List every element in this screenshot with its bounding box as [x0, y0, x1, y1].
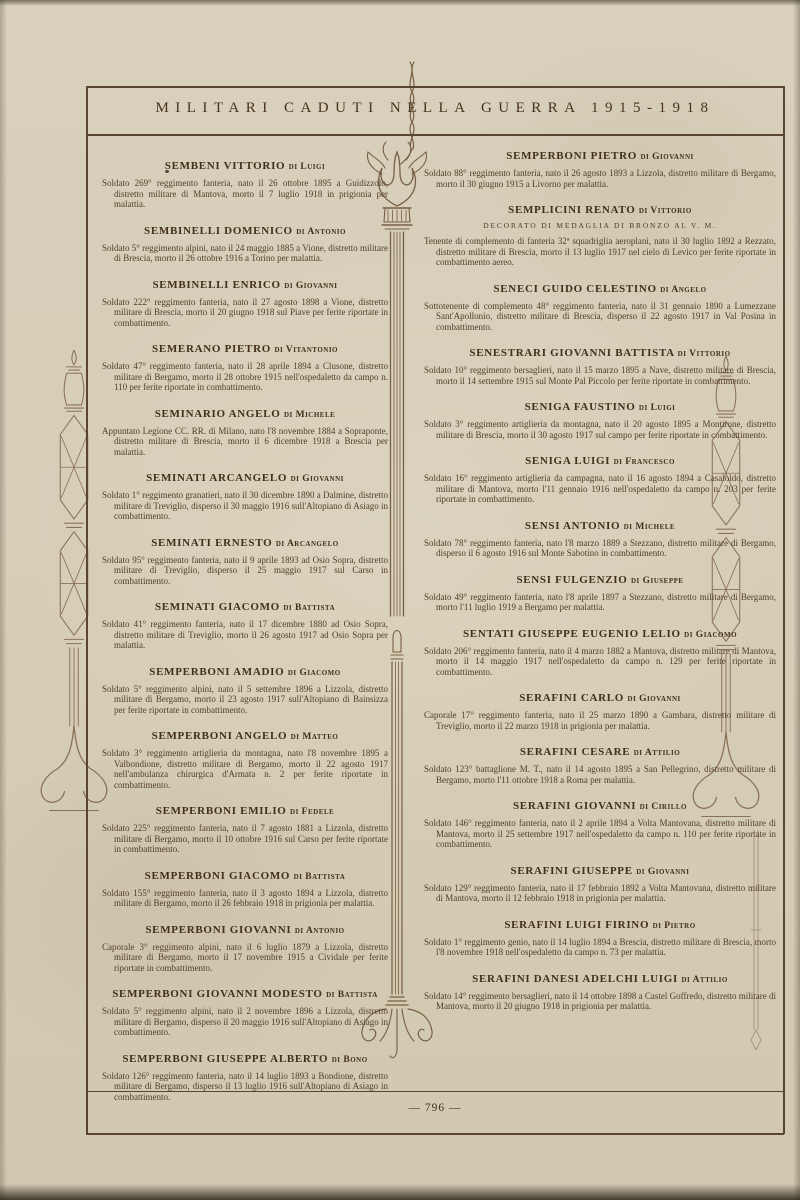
soldier-father-name: di Vittorio — [639, 206, 692, 216]
soldier-name-heading: SENSI FULGENZIO di Giuseppe — [424, 574, 776, 586]
soldier-record: Tenente di complemento di fanteria 32ª s… — [424, 236, 776, 268]
soldier-entry: SEMBINELLI ENRICO di GiovanniSoldato 222… — [102, 279, 388, 329]
soldier-name-heading: SERAFINI LUIGI FIRINO di Pietro — [424, 919, 776, 931]
scan-edge-bottom — [0, 1184, 800, 1200]
soldier-name: SEMINATI ERNESTO — [151, 537, 272, 549]
soldier-father-name: di Giacomo — [288, 668, 341, 678]
soldier-name-heading: SEMPERBONI AMADIO di Giacomo — [102, 666, 388, 678]
soldier-name-heading: SEMPERBONI GIOVANNI di Antonio — [102, 924, 388, 936]
soldier-entry: SENSI ANTONIO di MicheleSoldato 78° regg… — [424, 520, 776, 559]
soldier-entry: SEMPERBONI GIOVANNI di AntonioCaporale 3… — [102, 924, 388, 974]
soldier-father-name: di Francesco — [614, 457, 675, 467]
soldier-name: SEMINATI ARCANGELO — [146, 472, 287, 484]
soldier-name: SEMPERBONI EMILIO — [156, 805, 287, 817]
soldier-entry: SEMPERBONI AMADIO di GiacomoSoldato 5° r… — [102, 666, 388, 716]
soldier-name-heading: SEMPERBONI GIUSEPPE ALBERTO di Bono — [102, 1053, 388, 1065]
soldier-name-heading: SENTATI GIUSEPPE EUGENIO LELIO di Giacom… — [424, 628, 776, 640]
soldier-name: SERAFINI LUIGI FIRINO — [504, 919, 649, 931]
soldier-name-heading: SEMINARIO ANGELO di Michele — [102, 408, 388, 420]
soldier-entry: SERAFINI GIUSEPPE di GiovanniSoldato 129… — [424, 865, 776, 904]
soldier-father-name: di Battista — [326, 990, 378, 1000]
soldier-father-name: di Angelo — [660, 285, 706, 295]
scan-edge-top — [0, 0, 800, 6]
soldier-name-heading: SEMPERBONI GIACOMO di Battista — [102, 870, 388, 882]
soldier-record: Soldato 146° reggimento fanteria, nato i… — [424, 818, 776, 850]
soldier-entry: SERAFINI LUIGI FIRINO di PietroSoldato 1… — [424, 919, 776, 958]
soldier-father-name: di Michele — [284, 410, 335, 420]
soldier-entry: SEMPERBONI GIUSEPPE ALBERTO di BonoSolda… — [102, 1053, 388, 1103]
soldier-name: SEMBINELLI ENRICO — [152, 279, 280, 291]
soldier-name-heading: SEMPERBONI ANGELO di Matteo — [102, 730, 388, 742]
soldier-name-heading: SEMPLICINI RENATO di Vittorio — [424, 204, 776, 216]
soldier-name-heading: SEMERANO PIETRO di Vitantonio — [102, 343, 388, 355]
soldier-name: SEMPERBONI PIETRO — [506, 150, 637, 162]
soldier-father-name: di Antonio — [295, 926, 345, 936]
soldier-name: SEMPERBONI GIACOMO — [145, 870, 291, 882]
soldier-name: SENSI ANTONIO — [525, 520, 620, 532]
soldier-name: SEMBENI VITTORIO — [165, 160, 286, 172]
soldier-name: SEMPERBONI GIOVANNI — [145, 924, 291, 936]
soldier-entry: SEMERANO PIETRO di VitantonioSoldato 47°… — [102, 343, 388, 393]
soldier-record: Soldato 5° reggimento alpini, nato il 2 … — [102, 1006, 388, 1038]
soldier-name: SEMBINELLI DOMENICO — [144, 225, 293, 237]
soldier-name: SENSI FULGENZIO — [516, 574, 627, 586]
soldier-father-name: di Luigi — [289, 162, 325, 172]
soldier-entry: SERAFINI GIOVANNI di CirilloSoldato 146°… — [424, 800, 776, 850]
soldier-name-heading: SENIGA LUIGI di Francesco — [424, 455, 776, 467]
soldier-name-heading: SERAFINI CARLO di Giovanni — [424, 692, 776, 704]
soldier-father-name: di Antonio — [296, 227, 346, 237]
soldier-entry: SEMPERBONI GIACOMO di BattistaSoldato 15… — [102, 870, 388, 909]
scan-edge-right — [793, 0, 800, 1200]
soldier-father-name: di Bono — [332, 1055, 368, 1065]
soldier-record: Soldato 1° reggimento genio, nato il 14 … — [424, 937, 776, 958]
soldier-record: Soldato 269° reggimento fanteria, nato i… — [102, 178, 388, 210]
soldier-father-name: di Cirillo — [640, 802, 687, 812]
left-column: SEMBENI VITTORIO di LuigiSoldato 269° re… — [102, 160, 388, 1117]
soldier-father-name: di Giovanni — [636, 867, 689, 877]
frame-top-rule — [86, 86, 784, 88]
soldier-record: Soldato 3° reggimento artiglieria da mon… — [424, 419, 776, 440]
soldier-entry: SEMINARIO ANGELO di MicheleAppuntato Leg… — [102, 408, 388, 458]
soldier-record: Soldato 14° reggimento bersaglieri, nato… — [424, 991, 776, 1012]
frame-left-rule — [86, 86, 88, 1134]
soldier-name: SENTATI GIUSEPPE EUGENIO LELIO — [463, 628, 681, 640]
soldier-name: SERAFINI DANESI ADELCHI LUIGI — [472, 973, 678, 985]
soldier-record: Soldato 88° reggimento fanteria, nato il… — [424, 168, 776, 189]
soldier-record: Soldato 126° reggimento fanteria, nato i… — [102, 1071, 388, 1103]
scanned-book-page: MILITARI CADUTI NELLA GUERRA 1915-1918 S… — [0, 0, 800, 1200]
soldier-name-heading: SEMPERBONI EMILIO di Fedele — [102, 805, 388, 817]
soldier-entry: SERAFINI DANESI ADELCHI LUIGI di Attilio… — [424, 973, 776, 1012]
soldier-record: Soldato 123° battaglione M. T., nato il … — [424, 764, 776, 785]
soldier-father-name: di Pietro — [653, 921, 696, 931]
soldier-record: Soldato 206° reggimento fanteria, nato i… — [424, 646, 776, 678]
soldier-father-name: di Giacomo — [684, 630, 737, 640]
soldier-name-heading: SEMBENI VITTORIO di Luigi — [102, 160, 388, 172]
soldier-name: SEMERANO PIETRO — [152, 343, 271, 355]
soldier-record: Soldato 5° reggimento alpini, nato il 24… — [102, 243, 388, 264]
soldier-name-heading: SENIGA FAUSTINO di Luigi — [424, 401, 776, 413]
soldier-name-heading: SEMPERBONI PIETRO di Giovanni — [424, 150, 776, 162]
soldier-record: Appuntato Legione CC. RR. di Milano, nat… — [102, 426, 388, 458]
soldier-entry: SEMBINELLI DOMENICO di AntonioSoldato 5°… — [102, 225, 388, 264]
soldier-father-name: di Vittorio — [678, 349, 731, 359]
soldier-record: Soldato 3° reggimento artiglieria da mon… — [102, 748, 388, 790]
soldier-father-name: di Battista — [283, 603, 335, 613]
soldier-record: Caporale 3° reggimento alpini, nato il 6… — [102, 942, 388, 974]
soldier-record: Soldato 16° reggimento artiglieria da ca… — [424, 473, 776, 505]
soldier-name-heading: SEMINATI ERNESTO di Arcangelo — [102, 537, 388, 549]
soldier-name: SERAFINI CARLO — [519, 692, 624, 704]
soldier-entry: SEMPLICINI RENATO di VittorioDECORATO DI… — [424, 204, 776, 268]
soldier-father-name: di Battista — [294, 872, 346, 882]
soldier-name: SEMPERBONI ANGELO — [152, 730, 288, 742]
soldier-entry: SERAFINI CESARE di AttilioSoldato 123° b… — [424, 746, 776, 785]
soldier-father-name: di Giovanni — [291, 474, 344, 484]
soldier-record: Caporale 17° reggimento fanteria, nato i… — [424, 710, 776, 731]
soldier-name-heading: SENECI GUIDO CELESTINO di Angelo — [424, 283, 776, 295]
soldier-name: SERAFINI GIOVANNI — [513, 800, 636, 812]
soldier-father-name: di Attilio — [681, 975, 727, 985]
soldier-name-heading: SEMINATI ARCANGELO di Giovanni — [102, 472, 388, 484]
soldier-entry: SEMPERBONI GIOVANNI MODESTO di BattistaS… — [102, 988, 388, 1038]
soldier-name: SENIGA LUIGI — [525, 455, 610, 467]
soldier-name-heading: SEMBINELLI ENRICO di Giovanni — [102, 279, 388, 291]
decoration-note: DECORATO DI MEDAGLIA DI BRONZO AL V. M. — [424, 221, 776, 230]
page-title: MILITARI CADUTI NELLA GUERRA 1915-1918 — [86, 100, 784, 117]
soldier-record: Soldato 41° reggimento fanteria, nato il… — [102, 619, 388, 651]
soldier-father-name: di Vitantonio — [274, 345, 338, 355]
soldier-entry: SEMBENI VITTORIO di LuigiSoldato 269° re… — [102, 160, 388, 210]
soldier-entry: SEMINATI GIACOMO di BattistaSoldato 41° … — [102, 601, 388, 651]
soldier-record: Soldato 78° reggimento fanteria, nato l'… — [424, 538, 776, 559]
soldier-entry: SEMPERBONI PIETRO di GiovanniSoldato 88°… — [424, 150, 776, 189]
soldier-name-heading: SERAFINI DANESI ADELCHI LUIGI di Attilio — [424, 973, 776, 985]
soldier-name: SERAFINI CESARE — [520, 746, 630, 758]
soldier-record: Soldato 222° reggimento fanteria, nato i… — [102, 297, 388, 329]
soldier-father-name: di Matteo — [291, 732, 339, 742]
soldier-entry: SEMINATI ERNESTO di ArcangeloSoldato 95°… — [102, 537, 388, 587]
soldier-father-name: di Fedele — [290, 807, 334, 817]
soldier-father-name: di Giovanni — [640, 152, 693, 162]
soldier-entry: SENIGA LUIGI di FrancescoSoldato 16° reg… — [424, 455, 776, 505]
soldier-name: SENECI GUIDO CELESTINO — [493, 283, 656, 295]
title-underline-rule — [86, 134, 784, 136]
soldier-record: Soldato 10° reggimento bersaglieri, nato… — [424, 365, 776, 386]
soldier-name: SENIGA FAUSTINO — [525, 401, 636, 413]
soldier-name-heading: SEMBINELLI DOMENICO di Antonio — [102, 225, 388, 237]
soldier-entry: SENSI FULGENZIO di GiuseppeSoldato 49° r… — [424, 574, 776, 613]
soldier-name-heading: SERAFINI GIOVANNI di Cirillo — [424, 800, 776, 812]
soldier-father-name: di Michele — [624, 522, 675, 532]
soldier-entry: SEMPERBONI ANGELO di MatteoSoldato 3° re… — [102, 730, 388, 790]
soldier-father-name: di Giovanni — [628, 694, 681, 704]
soldier-name: SEMPLICINI RENATO — [508, 204, 635, 216]
soldier-father-name: di Giuseppe — [631, 576, 684, 586]
page-number: — 796 — — [86, 1102, 784, 1114]
soldier-name: SEMINARIO ANGELO — [155, 408, 281, 420]
soldier-name-heading: SERAFINI GIUSEPPE di Giovanni — [424, 865, 776, 877]
soldier-record: Sottotenente di complemento 48° reggimen… — [424, 301, 776, 333]
soldier-name-heading: SERAFINI CESARE di Attilio — [424, 746, 776, 758]
soldier-entry: SENTATI GIUSEPPE EUGENIO LELIO di Giacom… — [424, 628, 776, 678]
soldier-name: SEMPERBONI GIOVANNI MODESTO — [112, 988, 322, 1000]
soldier-record: Soldato 129° reggimento fanteria, nato i… — [424, 883, 776, 904]
soldier-father-name: di Arcangelo — [276, 539, 339, 549]
soldier-father-name: di Luigi — [639, 403, 675, 413]
soldier-name: SEMPERBONI AMADIO — [149, 666, 284, 678]
soldier-father-name: di Attilio — [634, 748, 680, 758]
soldier-record: Soldato 5° reggimento alpini, nato il 5 … — [102, 684, 388, 716]
soldier-name: SERAFINI GIUSEPPE — [511, 865, 633, 877]
soldier-entry: SENESTRARI GIOVANNI BATTISTA di Vittorio… — [424, 347, 776, 386]
soldier-entry: SEMINATI ARCANGELO di GiovanniSoldato 1°… — [102, 472, 388, 522]
right-column: SEMPERBONI PIETRO di GiovanniSoldato 88°… — [424, 150, 776, 1027]
scan-edge-left — [0, 0, 7, 1200]
soldier-entry: SENECI GUIDO CELESTINO di AngeloSottoten… — [424, 283, 776, 333]
soldier-father-name: di Giovanni — [284, 281, 337, 291]
soldier-name-heading: SENESTRARI GIOVANNI BATTISTA di Vittorio — [424, 347, 776, 359]
soldier-name: SEMINATI GIACOMO — [155, 601, 280, 613]
soldier-record: Soldato 1° reggimento granatieri, nato i… — [102, 490, 388, 522]
soldier-record: Soldato 225° reggimento fanteria, nato i… — [102, 823, 388, 855]
soldier-record: Soldato 49° reggimento fanteria, nato l'… — [424, 592, 776, 613]
soldier-record: Soldato 95° reggimento fanteria, nato il… — [102, 555, 388, 587]
soldier-name-heading: SEMINATI GIACOMO di Battista — [102, 601, 388, 613]
soldier-record: Soldato 155° reggimento fanteria, nato i… — [102, 888, 388, 909]
frame-bottom-rule — [86, 1133, 784, 1135]
soldier-name: SEMPERBONI GIUSEPPE ALBERTO — [122, 1053, 328, 1065]
soldier-name-heading: SEMPERBONI GIOVANNI MODESTO di Battista — [102, 988, 388, 1000]
soldier-entry: SENIGA FAUSTINO di LuigiSoldato 3° reggi… — [424, 401, 776, 440]
soldier-record: Soldato 47° reggimento fanteria, nato il… — [102, 361, 388, 393]
soldier-name-heading: SENSI ANTONIO di Michele — [424, 520, 776, 532]
soldier-entry: SEMPERBONI EMILIO di FedeleSoldato 225° … — [102, 805, 388, 855]
ink-spot — [165, 170, 169, 173]
frame-right-rule — [783, 86, 785, 1134]
soldier-name: SENESTRARI GIOVANNI BATTISTA — [469, 347, 674, 359]
soldier-entry: SERAFINI CARLO di GiovanniCaporale 17° r… — [424, 692, 776, 731]
